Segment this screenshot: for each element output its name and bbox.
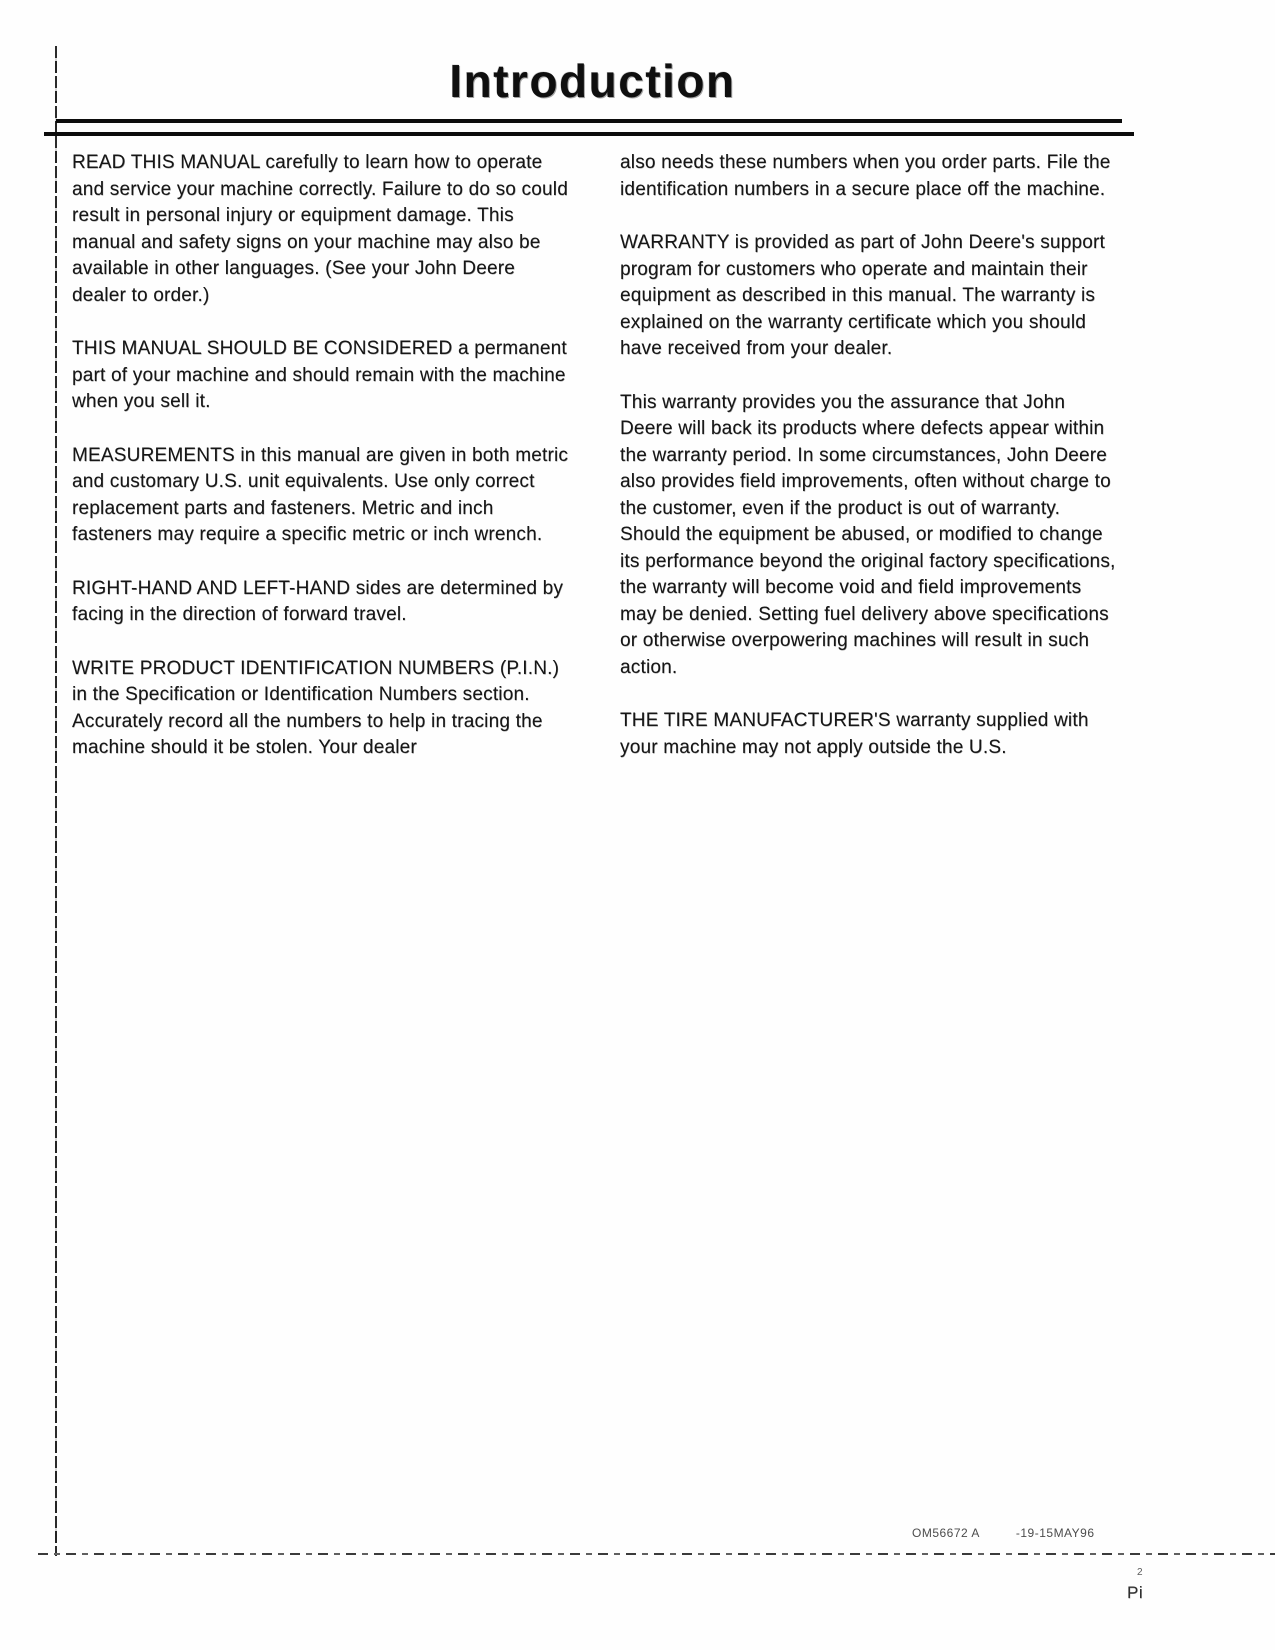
paragraph-right-left-hand: RIGHT-HAND AND LEFT-HAND sides are deter… — [72, 576, 570, 629]
scanned-page-edge-line — [55, 46, 57, 1556]
page-title: Introduction — [0, 54, 1185, 108]
paragraph-manual-considered: THIS MANUAL SHOULD BE CONSIDERED a perma… — [72, 336, 570, 416]
paragraph-tire-manufacturer: THE TIRE MANUFACTURER'S warranty supplie… — [620, 708, 1118, 761]
body-columns: READ THIS MANUAL carefully to learn how … — [72, 150, 1118, 789]
footer-corner-mark: 2 — [1137, 1567, 1143, 1578]
footer-form-codes: OM56672 A -19-15MAY96 — [912, 1526, 1095, 1540]
manual-page: Introduction READ THIS MANUAL carefully … — [0, 0, 1275, 1650]
footer-dashed-rule — [38, 1553, 1275, 1555]
title-rule-bottom — [44, 132, 1134, 136]
page-number: Pi — [1127, 1583, 1143, 1603]
title-rule-top — [56, 119, 1122, 123]
footer-revision-code: -19-15MAY96 — [1016, 1526, 1095, 1540]
paragraph-read-this-manual: READ THIS MANUAL carefully to learn how … — [72, 150, 570, 309]
left-column: READ THIS MANUAL carefully to learn how … — [72, 150, 570, 789]
paragraph-warranty: WARRANTY is provided as part of John Dee… — [620, 230, 1118, 363]
paragraph-write-pin: WRITE PRODUCT IDENTIFICATION NUMBERS (P.… — [72, 656, 570, 762]
paragraph-pin-continued: also needs these numbers when you order … — [620, 150, 1118, 203]
footer-form-code: OM56672 A — [912, 1526, 980, 1540]
paragraph-warranty-assurance: This warranty provides you the assurance… — [620, 390, 1118, 682]
right-column: also needs these numbers when you order … — [620, 150, 1118, 789]
paragraph-measurements: MEASUREMENTS in this manual are given in… — [72, 443, 570, 549]
